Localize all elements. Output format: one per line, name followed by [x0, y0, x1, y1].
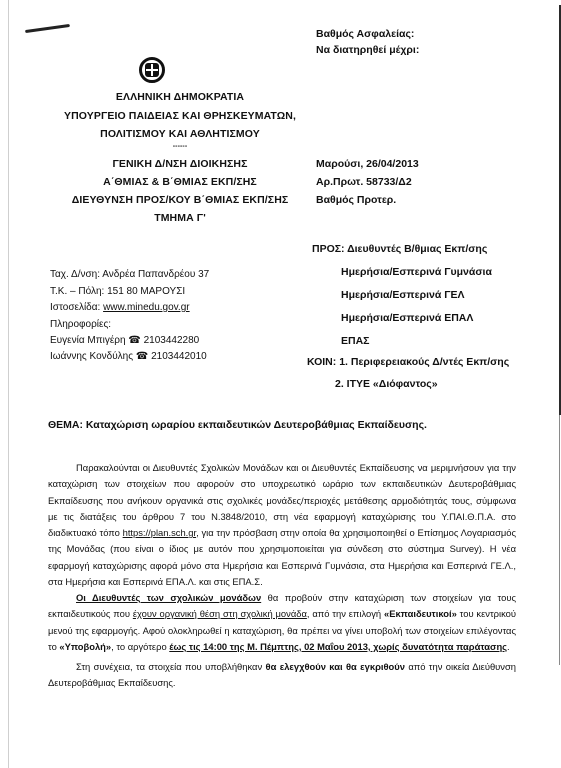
place-date: Μαρούσι, 26/04/2013	[316, 158, 419, 170]
cc-line: ΚΟΙΝ: 1. Περιφερειακούς Δ/ντές Εκπ/σης	[307, 356, 509, 368]
recipient: Διευθυντές Β/θμιας Εκπ/σης	[347, 243, 487, 255]
priority: Βαθμός Προτερ.	[316, 194, 396, 206]
recipient: Ημερήσια/Εσπερινά ΓΕΛ	[341, 289, 465, 301]
teachers-menu-item: «Εκπαιδευτικοί»	[384, 608, 457, 619]
retain-until: Να διατηρηθεί μέχρι:	[316, 44, 419, 56]
letterhead-education-levels: Α΄ΘΜΙΑΣ & Β΄ΘΜΙΑΣ ΕΚΠ/ΣΗΣ	[60, 176, 300, 188]
cc-recipient: 2. ΙΤΥΕ «Διόφαντος»	[335, 378, 438, 390]
contact-phone: 2103442010	[151, 351, 207, 362]
paragraph-3: Στη συνέχεια, τα στοιχεία που υποβλήθηκα…	[48, 659, 516, 692]
letterhead-country: ΕΛΛΗΝΙΚΗ ΔΗΜΟΚΡΑΤΙΑ	[60, 91, 300, 103]
website-line: Ιστοσελίδα: www.minedu.gov.gr	[50, 302, 190, 313]
phone-icon: ☎	[136, 351, 148, 362]
to-label: ΠΡΟΣ:	[312, 243, 345, 255]
subject-label: ΘΕΜΑ:	[48, 419, 83, 431]
submit-option: «Υποβολή»	[59, 641, 111, 652]
cc-label: ΚΟΙΝ:	[307, 356, 336, 368]
postal-address: Ταχ. Δ/νση: Ανδρέα Παπανδρέου 37	[50, 269, 209, 280]
postcode-city: Τ.Κ. – Πόλη: 151 80 ΜΑΡΟΥΣΙ	[50, 286, 185, 297]
deadline: έως τις 14:00 της Μ. Πέμπτης, 02 Μαΐου 2…	[169, 641, 507, 652]
plan-sch-link[interactable]: https://plan.sch.gr	[123, 527, 196, 538]
greek-coat-of-arms-icon	[139, 57, 165, 83]
letterhead-divider: ------	[60, 143, 300, 150]
recipient: Ημερήσια/Εσπερινά ΕΠΑΛ	[341, 312, 473, 324]
letterhead-ministry: ΥΠΟΥΡΓΕΙΟ ΠΑΙΔΕΙΑΣ ΚΑΙ ΘΡΗΣΚΕΥΜΑΤΩΝ,	[55, 110, 305, 122]
school-directors-emphasis: Οι Διευθυντές των σχολικών μονάδων	[76, 592, 261, 603]
letterhead-general-directorate: ΓΕΝΙΚΗ Δ/ΝΣΗ ΔΙΟΙΚΗΣΗΣ	[60, 158, 300, 170]
scan-edge-left	[8, 0, 9, 768]
letterhead-directorate: ΔΙΕΥΘΥΝΣΗ ΠΡΟΣ/ΚΟΥ Β΄ΘΜΙΑΣ ΕΚΠ/ΣΗΣ	[60, 194, 300, 206]
scan-edge-right-faint	[559, 415, 560, 665]
paragraph-2: Οι Διευθυντές των σχολικών μονάδων θα πρ…	[48, 590, 516, 655]
contact-1: Ευγενία Μπιγέρη ☎ 2103442280	[50, 335, 199, 346]
protocol-number: Αρ.Πρωτ. 58733/Δ2	[316, 176, 412, 188]
to-line: ΠΡΟΣ: Διευθυντές Β/θμιας Εκπ/σης	[312, 243, 487, 255]
letterhead-ministry-cont: ΠΟΛΙΤΙΣΜΟΥ ΚΑΙ ΑΘΛΗΤΙΣΜΟΥ	[60, 128, 300, 140]
paragraph-1: Παρακαλούνται οι Διευθυντές Σχολικών Μον…	[48, 460, 516, 590]
website-link[interactable]: www.minedu.gov.gr	[103, 302, 190, 313]
organic-position-emphasis: έχουν οργανική θέση στη σχολική μονάδα	[133, 608, 307, 619]
letterhead-department: ΤΜΗΜΑ Γ'	[60, 212, 300, 224]
subject-text: Καταχώριση ωραρίου εκπαιδευτικών Δευτερο…	[86, 419, 427, 431]
recipient: Ημερήσια/Εσπερινά Γυμνάσια	[341, 266, 492, 278]
contact-phone: 2103442280	[144, 335, 200, 346]
contact-name: Ιωάννης Κονδύλης	[50, 351, 133, 362]
contact-2: Ιωάννης Κονδύλης ☎ 2103442010	[50, 351, 207, 362]
security-classification: Βαθμός Ασφαλείας:	[316, 28, 414, 40]
subject-line: ΘΕΜΑ: Καταχώριση ωραρίου εκπαιδευτικών Δ…	[48, 419, 427, 431]
website-label: Ιστοσελίδα:	[50, 302, 103, 313]
scanned-document-page: ΕΛΛΗΝΙΚΗ ΔΗΜΟΚΡΑΤΙΑ ΥΠΟΥΡΓΕΙΟ ΠΑΙΔΕΙΑΣ Κ…	[0, 0, 561, 768]
cc-recipient: 1. Περιφερειακούς Δ/ντές Εκπ/σης	[339, 356, 509, 368]
verification-emphasis: θα ελεγχθούν και θα εγκριθούν	[266, 661, 405, 672]
pen-mark	[25, 24, 70, 33]
recipient: ΕΠΑΣ	[341, 335, 369, 347]
info-label: Πληροφορίες:	[50, 319, 111, 330]
phone-icon: ☎	[128, 335, 140, 346]
contact-name: Ευγενία Μπιγέρη	[50, 335, 126, 346]
